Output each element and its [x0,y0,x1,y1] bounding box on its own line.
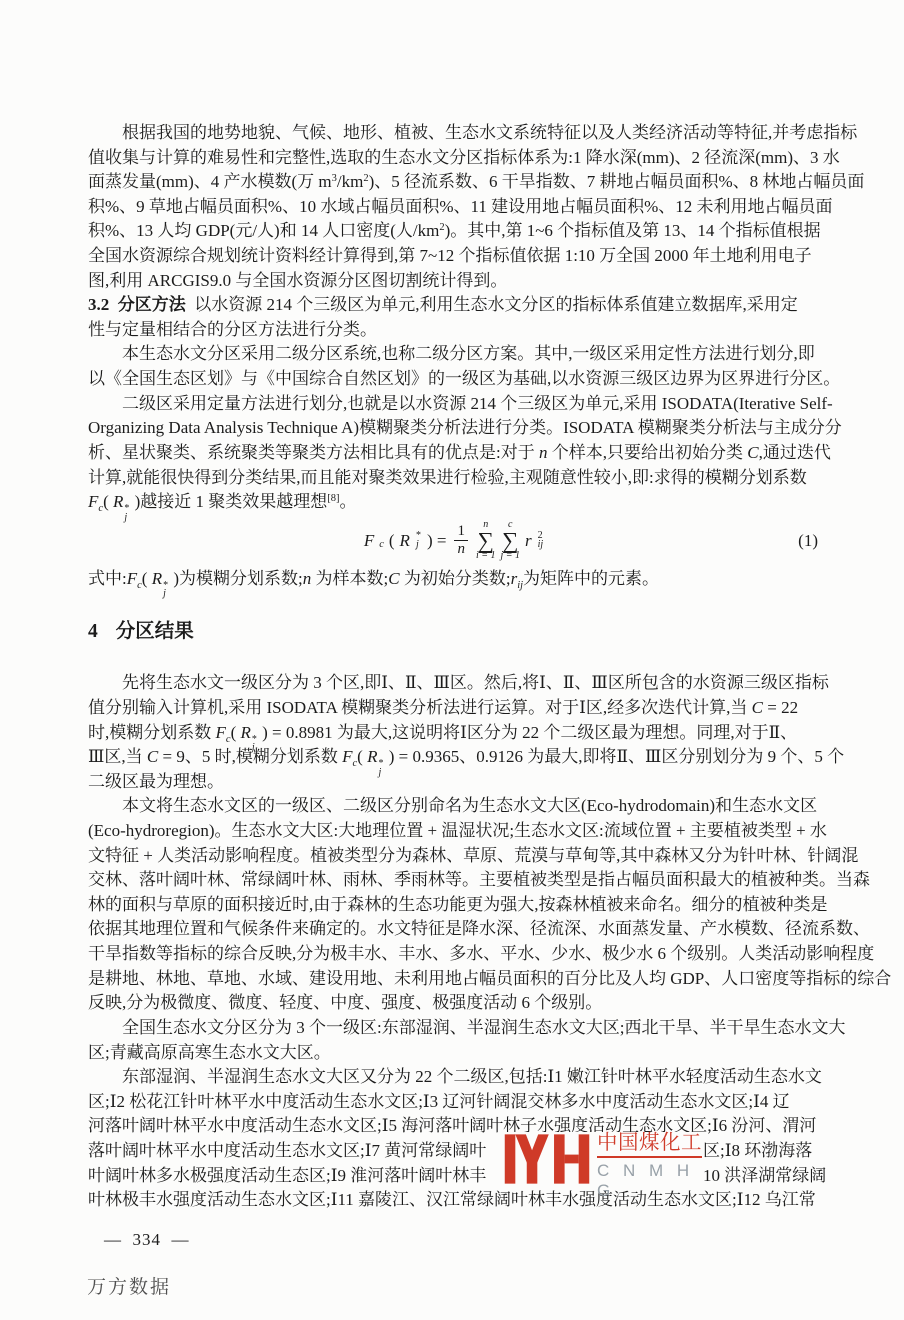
section-4-heading: 4分区结果 [88,619,820,645]
text-line: 计算,就能很快得到分类结果,而且能对聚类效果进行检验,主观随意性较小,即:求得的… [88,466,820,491]
text-line: 二级区最为理想。 [88,770,820,795]
text-line: 交林、落叶阔叶林、常绿阔叶林、雨林、季雨林等。主要植被类型是指占幅员面积最大的植… [88,868,820,893]
text-line: 式中:Fc( R*j )为模糊分划系数;n 为样本数;C 为初始分类数;rij为… [88,567,820,592]
text-line: 根据我国的地势地貌、气候、地形、植被、生态水文系统特征以及人类经济活动等特征,并… [88,121,820,146]
text-line: 性与定量相结合的分区方法进行分类。 [88,318,820,343]
text-line: 积%、13 人均 GDP(元/人)和 14 人口密度(人/km2)。其中,第 1… [88,219,820,244]
text-line: 本文将生态水文区的一级区、二级区分别命名为生态水文大区(Eco-hydrodom… [88,794,820,819]
text-line: 3.2 分区方法 以水资源 214 个三级区为单元,利用生态水文分区的指标体系值… [88,293,820,318]
text-line: 叶阔叶林多水极强度活动生态区;Ⅰ9 淮河落叶阔叶林丰10 洪泽湖常绿阔 [88,1164,820,1189]
text-line: 河落叶阔叶林平水中度活动生态水文区;Ⅰ5 海河落叶阔叶林子水强度活动生态水文区;… [88,1114,820,1139]
text-line: 时,模糊分划系数 Fc( R*j ) = 0.8981 为最大,这说明将Ⅰ区分为… [88,721,820,746]
text-line: Fc( R*j )越接近 1 聚类效果越理想[8]。 [88,490,820,515]
text-line: 面蒸发量(mm)、4 产水模数(万 m3/km2)、5 径流系数、6 干旱指数、… [88,170,820,195]
text-line: 区;青藏高原高寒生态水文大区。 [88,1041,820,1066]
equation-1: Fc( R*j ) = 1nn∑i = 1c∑j = 1r2ij(1) [88,515,820,567]
paper-page: 根据我国的地势地貌、气候、地形、植被、生态水文系统特征以及人类经济活动等特征,并… [0,0,904,1320]
cnmhg-watermark: 中国煤化工 C N M H G [503,1132,703,1186]
page-number: — 334 — [104,1230,190,1250]
text-line: 本生态水文分区采用二级分区系统,也称二级分区方案。其中,一级区采用定性方法进行划… [88,342,820,367]
text-line: 文特征 + 人类活动影响程度。植被类型分为森林、草原、荒漠与草甸等,其中森林又分… [88,844,820,869]
summation: n∑i = 1 [476,520,496,561]
text-line: 先将生态水文一级区分为 3 个区,即Ⅰ、Ⅱ、Ⅲ区。然后,将Ⅰ、Ⅱ、Ⅲ区所包含的水… [88,671,820,696]
text-line: 积%、9 草地占幅员面积%、10 水域占幅员面积%、11 建设用地占幅员面积%、… [88,195,820,220]
equation-body: Fc( R*j ) = 1nn∑i = 1c∑j = 1r2ij [364,520,544,561]
text-line: 区;Ⅰ2 松花江针叶林平水中度活动生态水文区;Ⅰ3 辽河针阔混交林多水中度活动生… [88,1090,820,1115]
section-title: 分区结果 [116,621,194,642]
text-line: 二级区采用定量方法进行划分,也就是以水资源 214 个三级区为单元,采用 ISO… [88,392,820,417]
text-line: 林的面积与草原的面积接近时,由于森林的生态功能更为强大,按森林植被来命名。细分的… [88,893,820,918]
text-line: (Eco-hydroregion)。生态水文大区:大地理位置 + 温湿状况;生态… [88,819,820,844]
text-line: 东部湿润、半湿润生态水文大区又分为 22 个二级区,包括:Ⅰ1 嫩江针叶林平水轻… [88,1065,820,1090]
text-line: 值分别输入计算机,采用 ISODATA 模糊聚类分析法进行运算。对于Ⅰ区,经多次… [88,696,820,721]
text-line: 析、星状聚类、系统聚类等聚类方法相比具有的优点是:对于 n 个样本,只要给出初始… [88,441,820,466]
summation: c∑j = 1 [500,520,520,561]
cnmhg-logo-icon [503,1134,591,1184]
text-line: 值收集与计算的难易性和完整性,选取的生态水文分区指标体系为:1 降水深(mm)、… [88,146,820,171]
text-line: 反映,分为极微度、微度、轻度、中度、强度、极强度活动 6 个级别。 [88,991,820,1016]
text-line: 叶林极丰水强度活动生态水文区;Ⅰ11 嘉陵江、汉江常绿阔叶林丰水强度活动生态水文… [88,1188,820,1213]
watermark-cn-text: 中国煤化工 [597,1132,702,1158]
text-line: 全国生态水文分区分为 3 个一级区:东部湿润、半湿润生态水文大区;西北干旱、半干… [88,1016,820,1041]
article-text: 根据我国的地势地貌、气候、地形、植被、生态水文系统特征以及人类经济活动等特征,并… [88,121,820,1213]
text-segment-left: 叶阔叶林多水极强度活动生态区;Ⅰ9 淮河落叶阔叶林丰 [88,1166,486,1185]
formula-fraction: 1n [454,524,468,557]
equation-number: (1) [798,531,818,551]
text-line: 干旱指数等指标的综合反映,分为极丰水、丰水、多水、平水、少水、极少水 6 个级别… [88,942,820,967]
text-line: 全国水资源综合规划统计资料经计算得到,第 7~12 个指标值依据 1:10 万全… [88,244,820,269]
section-number: 4 [88,621,98,642]
text-line: Organizing Data Analysis Technique A)模糊聚… [88,416,820,441]
watermark-text-column: 中国煤化工 C N M H G [597,1132,703,1201]
text-line: 图,利用 ARCGIS9.0 与全国水资源分区图切割统计得到。 [88,269,820,294]
text-line: 依据其地理位置和气候条件来确定的。水文特征是降水深、径流深、水面蒸发量、产水模数… [88,917,820,942]
text-segment-right: 区;Ⅰ8 环渤海落 [703,1139,812,1164]
text-line: 以《全国生态区划》与《中国综合自然区划》的一级区为基础,以水资源三级区边界为区界… [88,367,820,392]
watermark-en-text: C N M H G [597,1161,703,1201]
text-line: Ⅲ区,当 C = 9、5 时,模糊分划系数 Fc( R*j ) = 0.9365… [88,745,820,770]
text-segment-right: 10 洪泽湖常绿阔 [703,1164,826,1189]
text-line: 落叶阔叶林平水中度活动生态水文区;Ⅰ7 黄河常绿阔叶区;Ⅰ8 环渤海落 [88,1139,820,1164]
wanfang-data-watermark: 万方数据 [87,1272,171,1299]
text-segment-left: 落叶阔叶林平水中度活动生态水文区;Ⅰ7 黄河常绿阔叶 [88,1141,486,1160]
text-line: 是耕地、林地、草地、水域、建设用地、未利用地占幅员面积的百分比及人均 GDP、人… [88,967,820,992]
